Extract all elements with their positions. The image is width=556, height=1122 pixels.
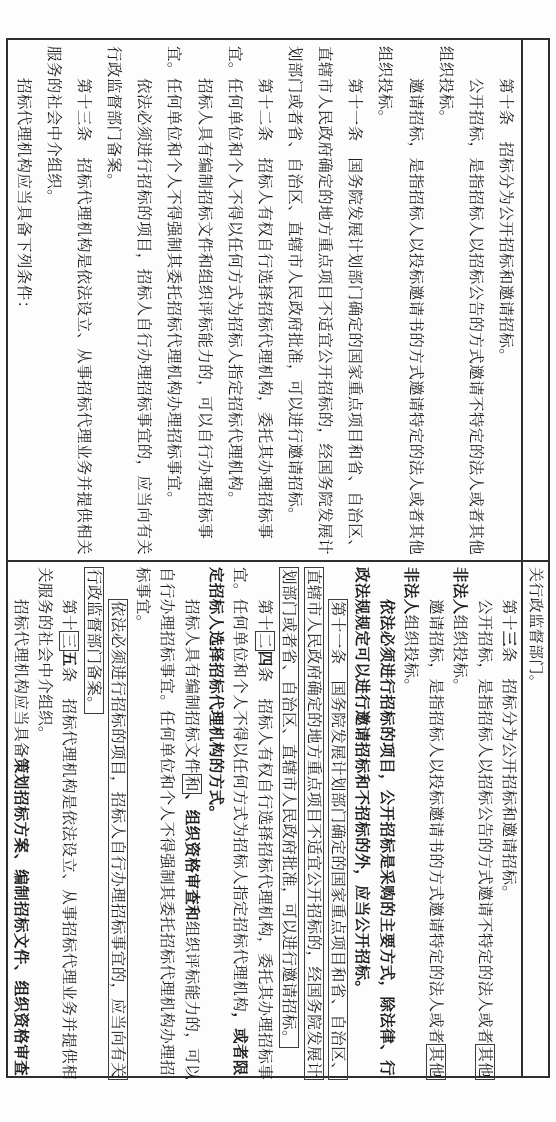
text-run: 条 招标人有权自行选择招标代理机构，委托其办理招标事 bbox=[256, 667, 274, 1080]
inserted-text: 五 bbox=[60, 651, 79, 667]
text-line: 非法人组织投标。 bbox=[399, 567, 423, 1076]
text-line: 邀请招标，是指招标人以投标邀请书的方式邀请特定的法人或者其他 bbox=[423, 567, 447, 1076]
text-line: 第十二条 招标人有权自行选择招标代理机构，委托其办理招标事 bbox=[250, 46, 280, 558]
deleted-text-box: 二 bbox=[255, 631, 275, 651]
text-run: 招标人具有编制招标文件 bbox=[183, 599, 201, 774]
text-line: 定招标人选择招标代理机构的方式。 bbox=[204, 567, 228, 1076]
text-run: 行政监督部门备案。 bbox=[105, 46, 123, 189]
text-line: 招标代理机构应当具备下列条件： bbox=[9, 46, 39, 558]
text-run: 公开招标，是指招标人以招标公告的方式邀请不特定的法人或者其他 bbox=[467, 78, 485, 555]
text-line: 招标人具有编制招标文件和、组织资格审查和组织评标能力的，可以 bbox=[179, 567, 203, 1076]
text-run: 自行办理招标事宜。任何单位和个人不得强制其委托招标代理机构办理招 bbox=[158, 567, 176, 1076]
text-run: 关服务的社会中介组织。 bbox=[36, 567, 54, 742]
text-run: 组织投标。 bbox=[402, 615, 420, 695]
deleted-text-box: 三 bbox=[59, 631, 79, 651]
text-run: 第十一条 国务院发展计划部门确定的国家重点项目和省、自治区、 bbox=[346, 78, 364, 555]
text-line: 自行办理招标事宜。任何单位和个人不得强制其委托招标代理机构办理招 bbox=[155, 567, 179, 1076]
text-line: 依法必须进行招标的项目，公开招标是采购的主要方式，除法律、行 bbox=[374, 567, 398, 1076]
text-line: 行政监督部门备案。 bbox=[81, 567, 105, 1076]
inserted-text: 政法规规定可以进行邀请招标和不招标的外，应当公开招标。 bbox=[353, 567, 372, 996]
text-line: 关服务的社会中介组织。 bbox=[33, 567, 57, 1076]
inserted-text: 三 bbox=[500, 631, 519, 647]
text-run: 宜。任何单位和个人不得强制其委托招标代理机构办理招标事宜。 bbox=[165, 46, 183, 507]
text-run: 第十条 招标分为公开招标和邀请招标。 bbox=[497, 78, 515, 364]
text-run: 邀请招标，是指招标人以投标邀请书的方式邀请特定的法人或者其他 bbox=[407, 78, 425, 555]
inserted-text: 非法人 bbox=[451, 567, 470, 615]
inserted-text: 非法人 bbox=[402, 567, 421, 615]
inserted-text: 定招标人选择招标代理机构的方式。 bbox=[207, 567, 226, 821]
text-run: 服务的社会中介组织。 bbox=[45, 46, 63, 205]
text-run: 第十 bbox=[500, 599, 518, 631]
text-line: 依法必须进行招标的项目，招标人自行办理招标事宜的，应当向有关 bbox=[129, 46, 159, 558]
text-line: 第十条 招标分为公开招标和邀请招标。 bbox=[491, 46, 521, 558]
text-line: 第十三条 招标代理机构是依法设立、从事招标代理业务并提供相关 bbox=[69, 46, 99, 558]
inserted-text: 依法必须进行招标的项目，公开招标是采购的主要方式，除法律、行 bbox=[378, 599, 397, 1076]
text-line: 直辖市人民政府确定的地方重点项目不适宜公开招标的，经国务院发展计 bbox=[310, 46, 340, 558]
deleted-text-box: 其他 bbox=[426, 1044, 446, 1080]
text-line: 第十一条 国务院发展计划部门确定的国家重点项目和省、自治区、 bbox=[340, 46, 370, 558]
text-run: 第十 bbox=[256, 599, 274, 631]
text-line: 第十二四条 招标人有权自行选择招标代理机构，委托其办理招标事 bbox=[252, 567, 276, 1076]
inserted-text: 四 bbox=[256, 651, 275, 667]
text-run: 组织评标能力的，可以 bbox=[183, 921, 201, 1080]
inserted-text: 策划招标方案、编制招标文件、组织资格审查 bbox=[12, 758, 31, 1076]
text-run: 划部门或者省、自治区、直辖市人民政府批准，可以进行邀请招标。 bbox=[286, 46, 304, 523]
deleted-text-box: 直辖市人民政府确定的地方重点项目不适宜公开招标的，经国务院发展计 bbox=[304, 567, 324, 1080]
continuation-header-right: 关行政监督部门。 bbox=[523, 567, 548, 690]
text-line: 第十一条 国务院发展计划部门确定的国家重点项目和省、自治区、 bbox=[326, 567, 350, 1076]
text-run: 第十二条 招标人有权自行选择招标代理机构，委托其办理招标事 bbox=[256, 78, 274, 539]
text-line: 宜。任何单位和个人不得强制其委托招标代理机构办理招标事宜。 bbox=[159, 46, 189, 558]
text-run: 宜。任何单位和个人不得以任何方式为招标人指定招标代理机构 bbox=[231, 567, 249, 1012]
text-run: 标事宜。 bbox=[134, 567, 152, 631]
text-run: 宜。任何单位和个人不得以任何方式为招标人指定招标代理机构。 bbox=[226, 46, 244, 507]
text-run: 组织投标。 bbox=[437, 46, 455, 126]
text-line: 公开招标，是指招标人以招标公告的方式邀请不特定的法人或者其他 bbox=[472, 567, 496, 1076]
continuation-header-left bbox=[523, 46, 548, 556]
text-line: 组织投标。 bbox=[431, 46, 461, 558]
text-line: 依法必须进行招标的项目，招标人自行办理招标事宜的，应当向有关 bbox=[106, 567, 130, 1076]
text-run: 组织投标。 bbox=[451, 615, 469, 695]
text-run: 招标人具有编制招标文件和组织评标能力的，可以自行办理招标事 bbox=[196, 78, 214, 539]
text-line: 服务的社会中介组织。 bbox=[39, 46, 69, 558]
deleted-text-box: 依法必须进行招标的项目，招标人自行办理招标事宜的，应当向有关 bbox=[108, 599, 128, 1080]
inserted-text: ，或者限 bbox=[231, 1012, 250, 1076]
text-line: 标事宜。 bbox=[130, 567, 154, 1076]
text-line: 邀请招标，是指招标人以投标邀请书的方式邀请特定的法人或者其他 bbox=[400, 46, 430, 558]
text-line: 划部门或者省、自治区、直辖市人民政府批准，可以进行邀请招标。 bbox=[280, 46, 310, 558]
comparison-table: 关行政监督部门。 第十条 招标分为公开招标和邀请招标。公开招标，是指招标人以招标… bbox=[6, 38, 550, 1078]
deleted-text-box: 划部门或者省、自治区、直辖市人民政府批准，可以进行邀请招标。 bbox=[279, 567, 299, 1048]
deleted-text-box: 和 bbox=[182, 774, 202, 794]
text-line: 政法规规定可以进行邀请招标和不招标的外，应当公开招标。 bbox=[350, 567, 374, 1076]
revised-draft-column: 第十三条 招标分为公开招标和邀请招标。公开招标，是指招标人以招标公告的方式邀请不… bbox=[8, 567, 521, 1076]
text-run: 第十三条 招标代理机构是依法设立、从事招标代理业务并提供相关 bbox=[75, 78, 93, 555]
inserted-text: 、组织资格审查和 bbox=[183, 794, 202, 921]
deleted-text-box: 行政监督部门备案。 bbox=[84, 567, 104, 714]
column-divider-rule bbox=[8, 560, 548, 562]
text-line: 招标代理机构应当具备策划招标方案、编制招标文件、组织资格审查 bbox=[8, 567, 32, 1076]
text-run: 招标代理机构应当具备 bbox=[12, 599, 30, 758]
text-line: 划部门或者省、自治区、直辖市人民政府批准，可以进行邀请招标。 bbox=[277, 567, 301, 1076]
text-line: 第十三五条 招标代理机构是依法设立、从事招标代理业务并提供相 bbox=[57, 567, 81, 1076]
text-run: 第十 bbox=[60, 599, 78, 631]
text-run: 条 招标分为公开招标和邀请招标。 bbox=[500, 647, 518, 901]
deleted-text-box: 其他 bbox=[475, 1044, 495, 1080]
text-line: 非法人组织投标。 bbox=[448, 567, 472, 1076]
text-line: 宜。任何单位和个人不得以任何方式为招标人指定招标代理机构。 bbox=[220, 46, 250, 558]
text-line: 行政监督部门备案。 bbox=[99, 46, 129, 558]
text-line: 招标人具有编制招标文件和组织评标能力的，可以自行办理招标事 bbox=[189, 46, 219, 558]
text-run: 公开招标，是指招标人以招标公告的方式邀请不特定的法人或者 bbox=[476, 599, 494, 1044]
text-line: 公开招标，是指招标人以招标公告的方式邀请不特定的法人或者其他 bbox=[461, 46, 491, 558]
text-line: 组织投标。 bbox=[370, 46, 400, 558]
text-run: 招标代理机构应当具备下列条件： bbox=[15, 78, 33, 317]
text-run: 邀请招标，是指招标人以投标邀请书的方式邀请特定的法人或者 bbox=[427, 599, 445, 1044]
text-run: 直辖市人民政府确定的地方重点项目不适宜公开招标的，经国务院发展计 bbox=[316, 46, 334, 555]
deleted-text-box: 第十一条 国务院发展计划部门确定的国家重点项目和省、自治区、 bbox=[328, 599, 348, 1080]
text-run: 依法必须进行招标的项目，招标人自行办理招标事宜的，应当向有关 bbox=[135, 78, 153, 555]
document-sheet: 关行政监督部门。 第十条 招标分为公开招标和邀请招标。公开招标，是指招标人以招标… bbox=[0, 0, 556, 1122]
text-run: 条 招标代理机构是依法设立、从事招标代理业务并提供相 bbox=[60, 667, 78, 1080]
original-law-column: 第十条 招标分为公开招标和邀请招标。公开招标，是指招标人以招标公告的方式邀请不特… bbox=[9, 46, 521, 558]
rotated-law-comparison-page: 关行政监督部门。 第十条 招标分为公开招标和邀请招标。公开招标，是指招标人以招标… bbox=[0, 0, 556, 1122]
text-line: 宜。任何单位和个人不得以任何方式为招标人指定招标代理机构，或者限 bbox=[228, 567, 252, 1076]
text-line: 直辖市人民政府确定的地方重点项目不适宜公开招标的，经国务院发展计 bbox=[301, 567, 325, 1076]
text-run: 组织投标。 bbox=[376, 46, 394, 126]
text-line: 第十三条 招标分为公开招标和邀请招标。 bbox=[497, 567, 521, 1076]
